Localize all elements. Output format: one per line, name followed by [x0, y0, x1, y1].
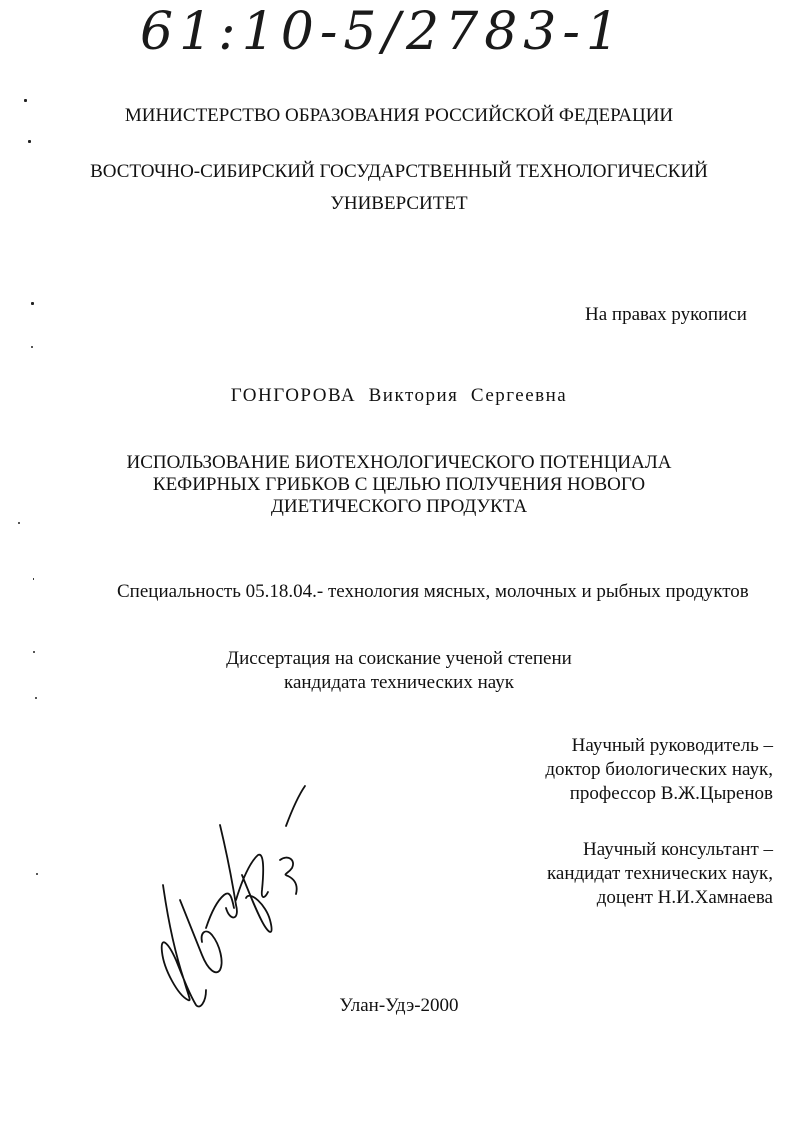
title-line: ИСПОЛЬЗОВАНИЕ БИОТЕХНОЛОГИЧЕСКОГО ПОТЕНЦ… — [0, 452, 798, 474]
author-name: ГОНГОРОВА Виктория Сергеевна — [0, 384, 798, 408]
consultant-line: доцент Н.И.Хамнаева — [547, 886, 773, 910]
supervisor-line: доктор биологических наук, — [545, 758, 773, 782]
ministry-heading: МИНИСТЕРСТВО ОБРАЗОВАНИЯ РОССИЙСКОЙ ФЕДЕ… — [0, 104, 798, 128]
title-line: ДИЕТИЧЕСКОГО ПРОДУКТА — [0, 496, 798, 518]
dissertation-title: ИСПОЛЬЗОВАНИЕ БИОТЕХНОЛОГИЧЕСКОГО ПОТЕНЦ… — [0, 452, 798, 518]
supervisor-line: Научный руководитель – — [545, 734, 773, 758]
supervisor-block: Научный руководитель – доктор биологичес… — [545, 734, 773, 806]
specialty: Специальность 05.18.04.- технология мясн… — [117, 580, 749, 604]
city-year: Улан-Удэ-2000 — [0, 994, 798, 1018]
university-line-2: УНИВЕРСИТЕТ — [0, 192, 798, 216]
consultant-line: Научный консультант – — [547, 838, 773, 862]
handwritten-archive-number: 61:10-5/2783-1 — [140, 2, 625, 62]
manuscript-rights-label: На правах рукописи — [585, 303, 747, 327]
scan-speck — [36, 873, 38, 875]
scan-speck — [24, 99, 27, 102]
scan-speck — [33, 578, 34, 580]
university-line-1: ВОСТОЧНО-СИБИРСКИЙ ГОСУДАРСТВЕННЫЙ ТЕХНО… — [0, 160, 798, 184]
degree-line: кандидата технических наук — [0, 671, 798, 695]
scan-speck — [18, 522, 20, 524]
scan-speck — [28, 140, 31, 143]
signature-icon — [150, 780, 350, 1020]
consultant-block: Научный консультант – кандидат техническ… — [547, 838, 773, 910]
title-line: КЕФИРНЫХ ГРИБКОВ С ЦЕЛЬЮ ПОЛУЧЕНИЯ НОВОГ… — [0, 474, 798, 496]
consultant-line: кандидат технических наук, — [547, 862, 773, 886]
degree-statement: Диссертация на соискание ученой степени … — [0, 647, 798, 695]
scan-speck — [31, 346, 33, 348]
degree-line: Диссертация на соискание ученой степени — [0, 647, 798, 671]
scan-speck — [35, 697, 37, 699]
scan-speck — [31, 302, 34, 305]
supervisor-line: профессор В.Ж.Цыренов — [545, 782, 773, 806]
